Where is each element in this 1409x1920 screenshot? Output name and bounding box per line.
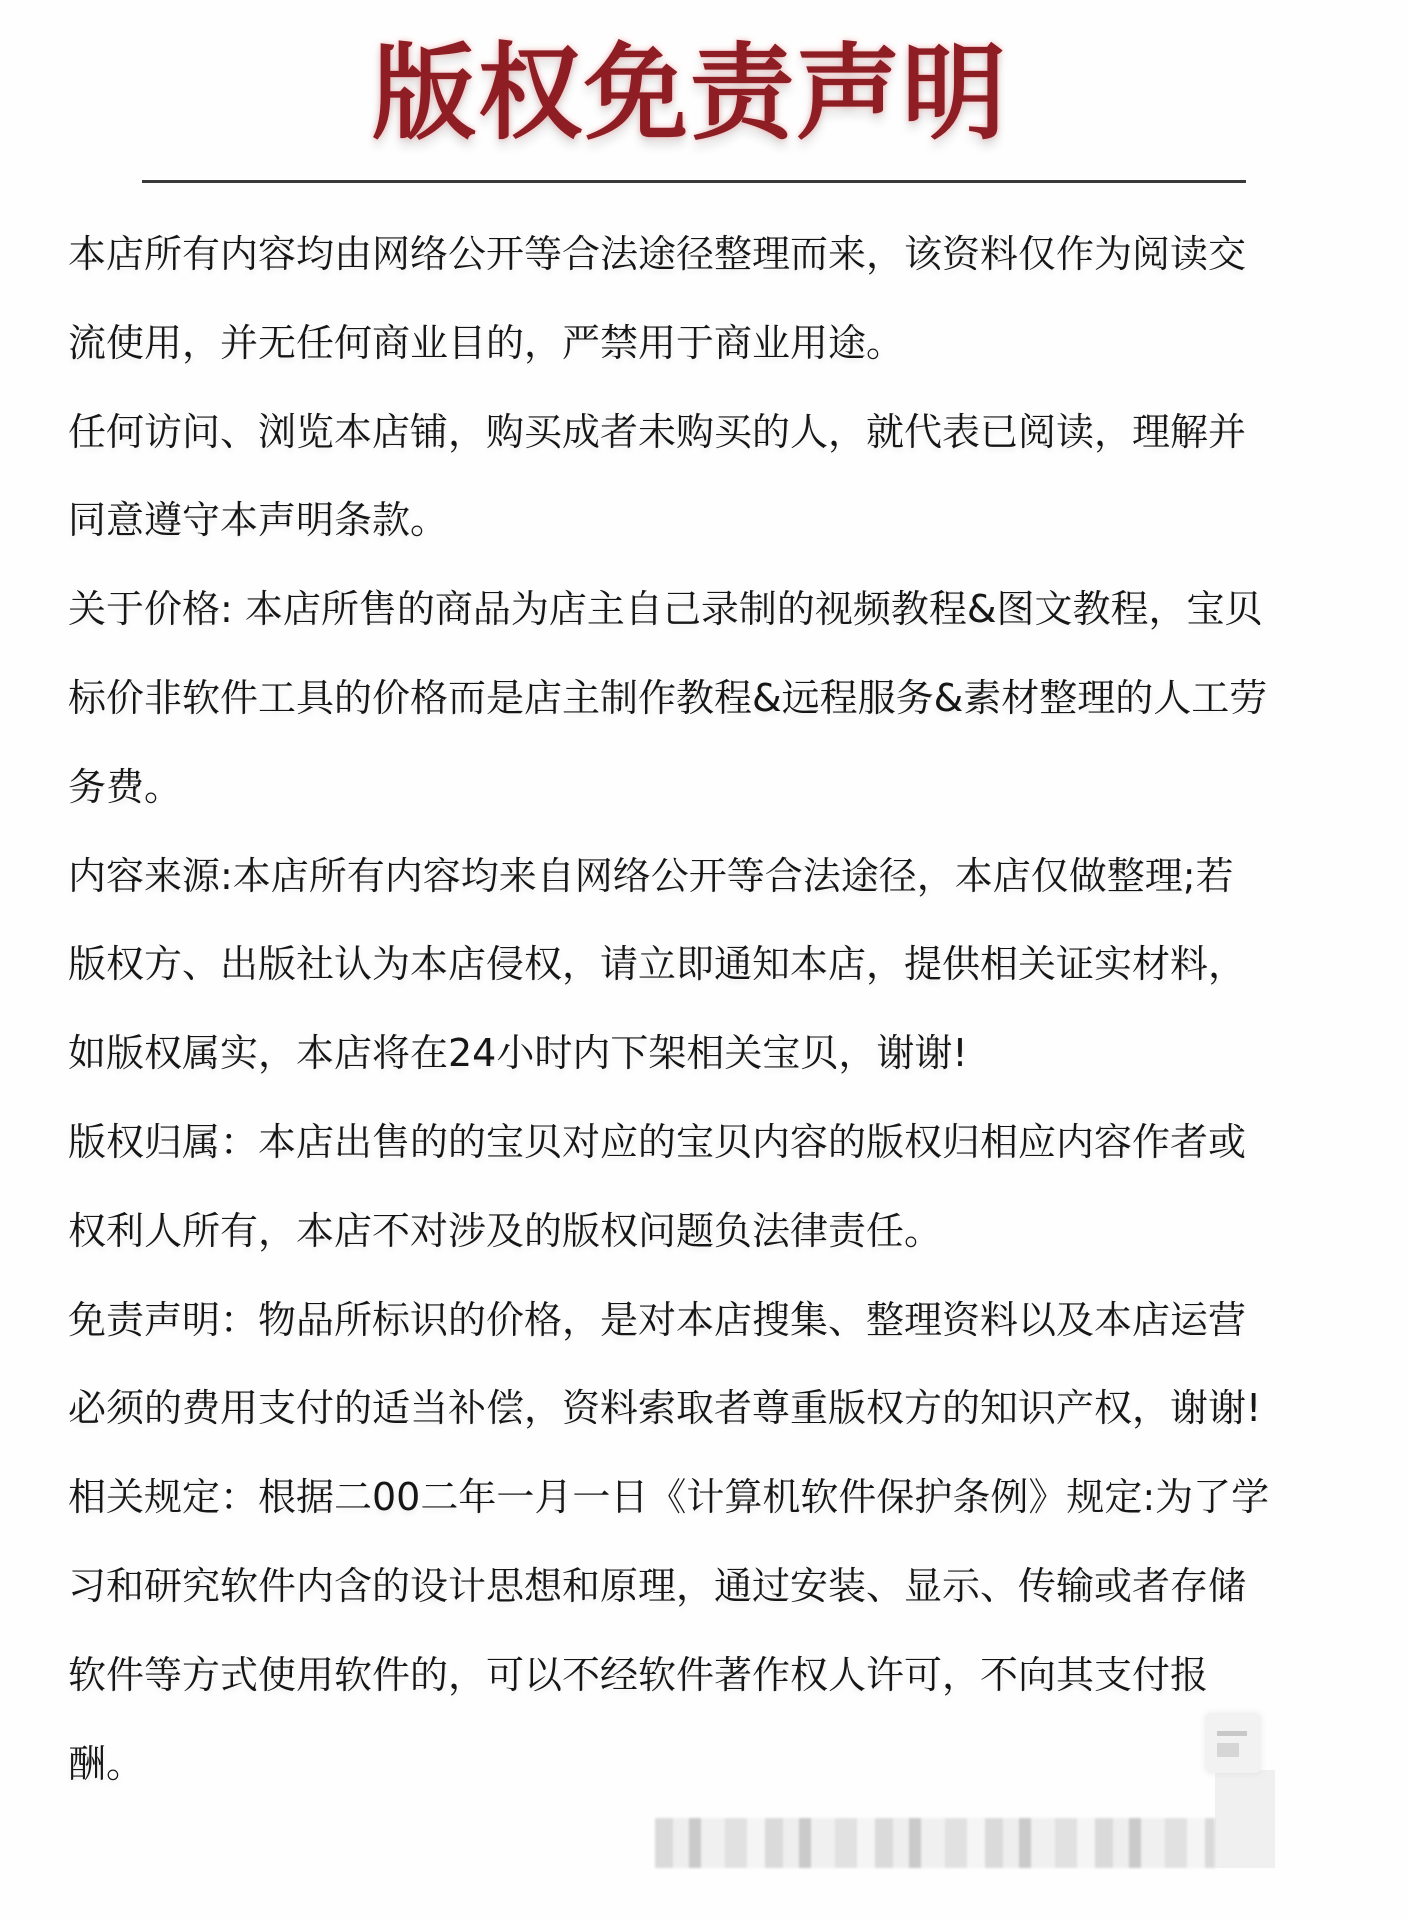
disclaimer-body: 本店所有内容均由网络公开等合法途径整理而来，该资料仅作为阅读交 流使用，并无任何… (68, 210, 1358, 1808)
body-line: 软件等方式使用软件的，可以不经软件著作权人许可，不向其支付报 (68, 1631, 1358, 1720)
body-line: 必须的费用支付的适当补偿，资料索取者尊重版权方的知识产权，谢谢! (68, 1364, 1358, 1453)
body-line: 权利人所有，本店不对涉及的版权问题负法律责任。 (68, 1187, 1358, 1276)
body-line: 关于价格: 本店所售的商品为店主自己录制的视频教程&图文教程，宝贝 (68, 565, 1358, 654)
body-line: 相关规定：根据二00二年一月一日《计算机软件保护条例》规定:为了学 (68, 1453, 1358, 1542)
body-line: 如版权属实，本店将在24小时内下架相关宝贝，谢谢! (68, 1009, 1358, 1098)
body-line: 习和研究软件内含的设计思想和原理，通过安装、显示、传输或者存储 (68, 1542, 1358, 1631)
body-line: 标价非软件工具的价格而是店主制作教程&远程服务&素材整理的人工劳 (68, 654, 1358, 743)
blurred-watermark (1215, 1770, 1275, 1868)
body-line: 内容来源:本店所有内容均来自网络公开等合法途径，本店仅做整理;若 (68, 832, 1358, 921)
body-line: 版权归属：本店出售的的宝贝对应的宝贝内容的版权归相应内容作者或 (68, 1098, 1358, 1187)
watermark-logo-icon (1205, 1713, 1261, 1773)
body-line: 任何访问、浏览本店铺，购买成者未购买的人，就代表已阅读，理解并 (68, 388, 1358, 477)
body-line: 务费。 (68, 743, 1358, 832)
body-line: 版权方、出版社认为本店侵权，请立即通知本店，提供相关证实材料， (68, 920, 1358, 1009)
body-line: 本店所有内容均由网络公开等合法途径整理而来，该资料仅作为阅读交 (68, 210, 1358, 299)
body-line: 免责声明：物品所标识的价格，是对本店搜集、整理资料以及本店运营 (68, 1276, 1358, 1365)
body-line: 同意遵守本声明条款。 (68, 476, 1358, 565)
body-line: 酬。 (68, 1720, 1358, 1809)
title-divider (142, 180, 1246, 183)
body-line: 流使用，并无任何商业目的，严禁用于商业用途。 (68, 299, 1358, 388)
blurred-watermark-text (655, 1818, 1215, 1868)
page-title: 版权免责声明 (0, 38, 1380, 148)
